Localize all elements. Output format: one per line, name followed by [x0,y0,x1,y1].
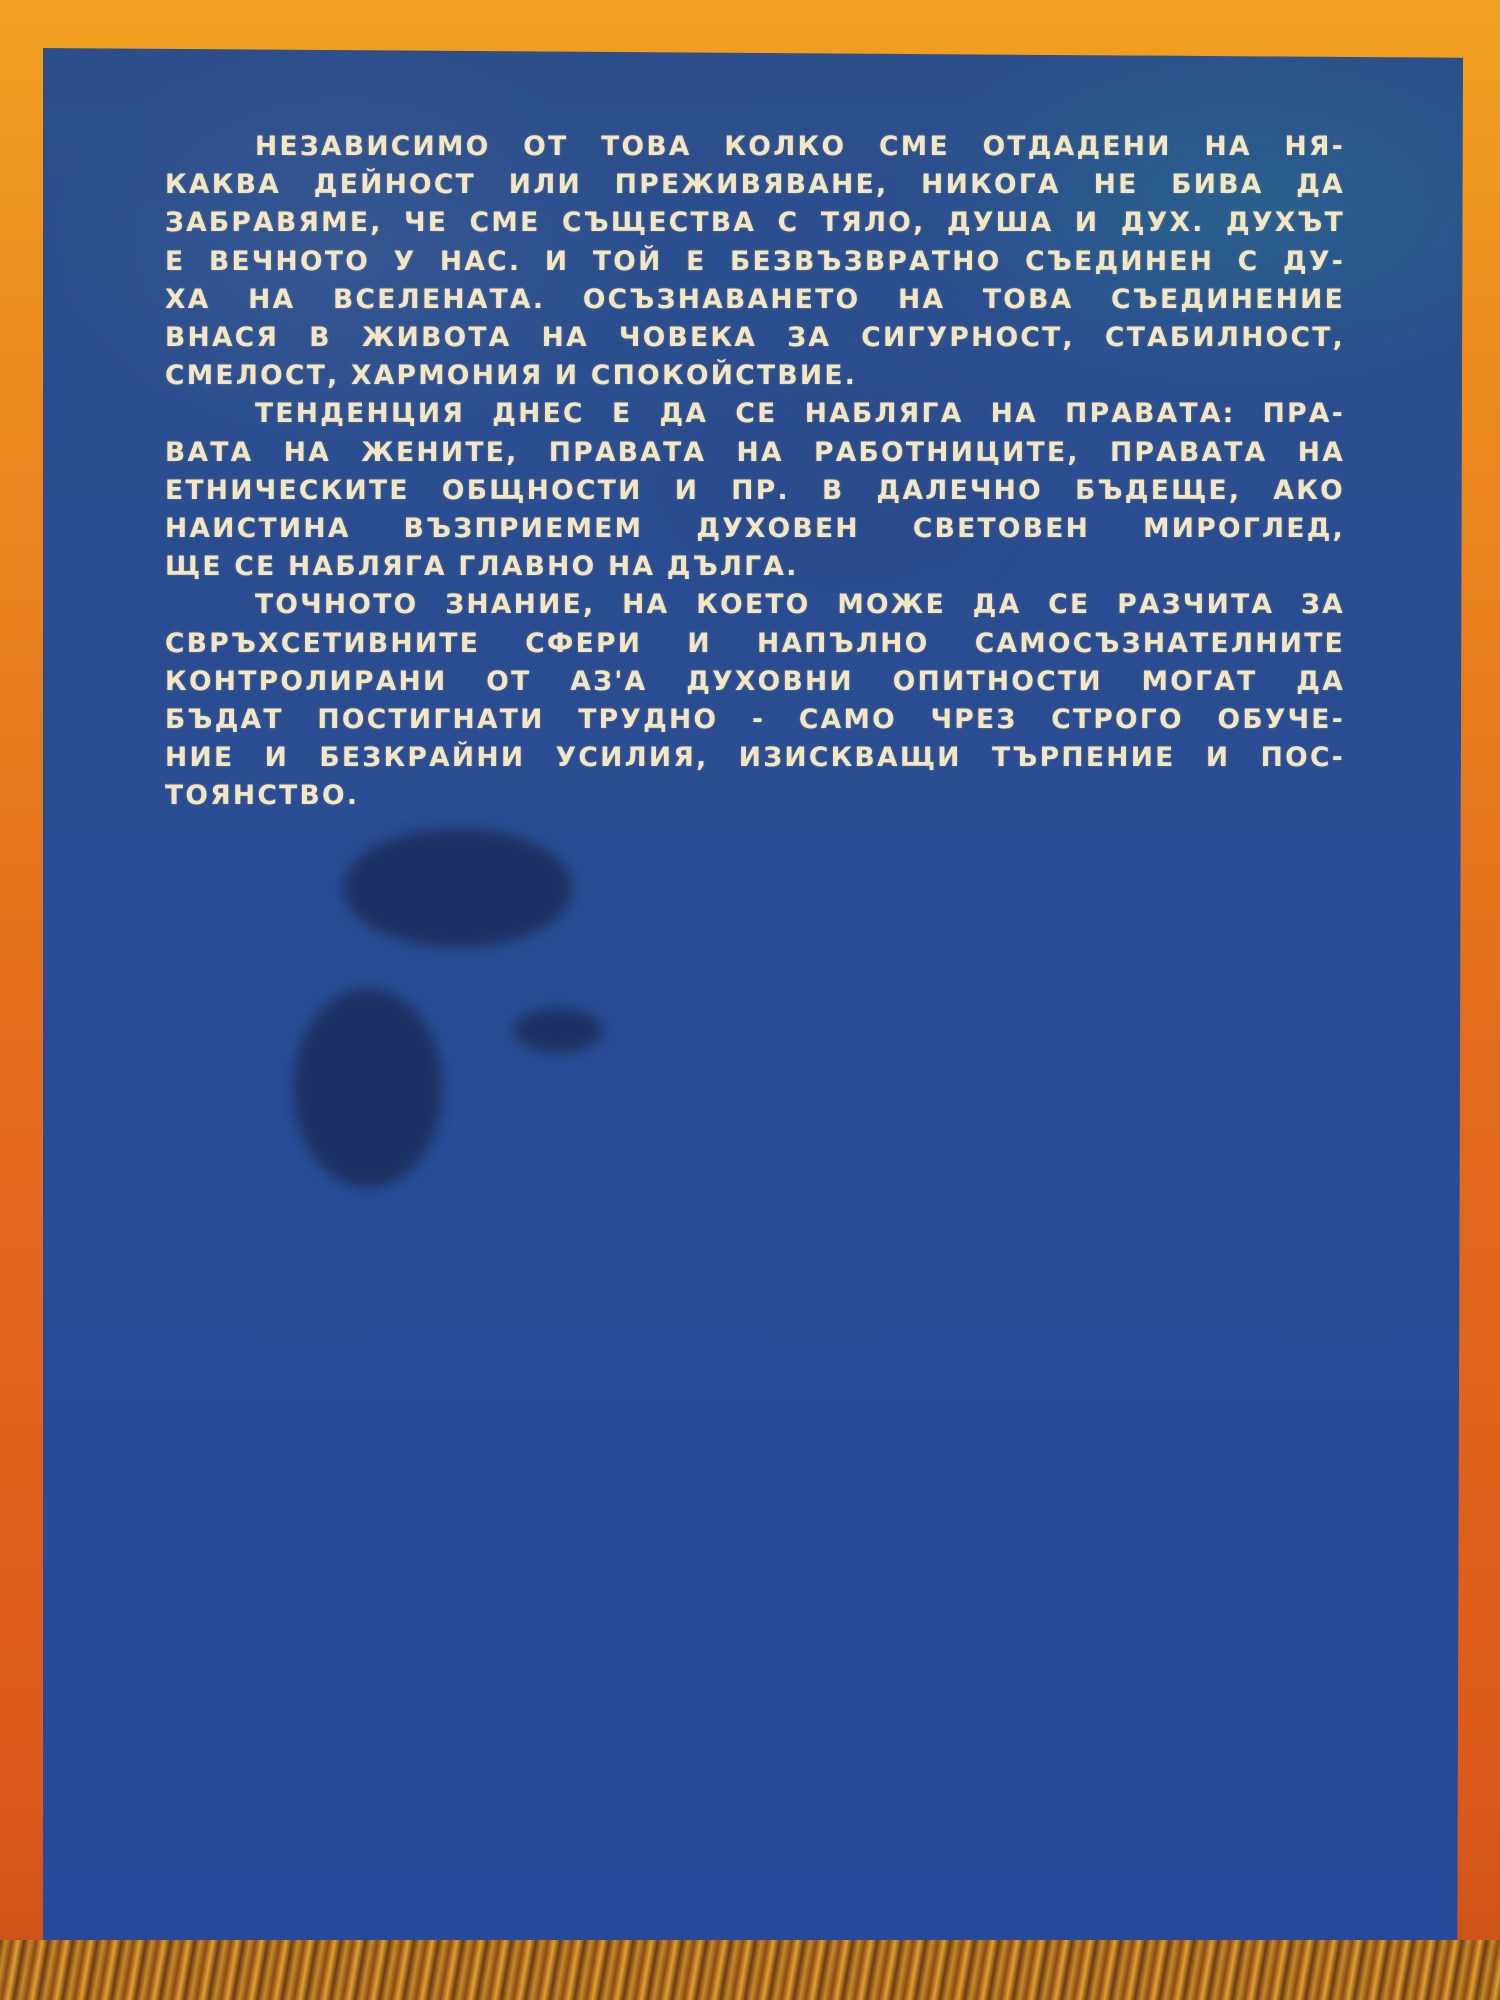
text-line: ЗАБРАВЯМЕ, ЧЕ СМЕ СЪЩЕСТВА С ТЯЛО, ДУША … [165,204,1345,242]
text-line: ВНАСЯ В ЖИВОТА НА ЧОВЕКА ЗА СИГУРНОСТ, С… [165,319,1345,357]
text-line: КОНТРОЛИРАНИ ОТ АЗ'А ДУХОВНИ ОПИТНОСТИ М… [165,663,1345,701]
text-line: СВРЪХСЕТИВНИТЕ СФЕРИ И НАПЪЛНО САМОСЪЗНА… [165,625,1345,663]
text-line: НАИСТИНА ВЪЗПРИЕМЕМ ДУХОВЕН СВЕТОВЕН МИР… [165,510,1345,548]
text-line: ВАТА НА ЖЕНИТЕ, ПРАВАТА НА РАБОТНИЦИТЕ, … [165,434,1345,472]
water-stain [513,1008,603,1053]
water-stain [343,828,573,948]
text-line: СМЕЛОСТ, ХАРМОНИЯ И СПОКОЙСТВИЕ. [165,357,1345,395]
water-stain [293,988,443,1188]
text-line: НИЕ И БЕЗКРАЙНИ УСИЛИЯ, ИЗИСКВАЩИ ТЪРПЕН… [165,739,1345,777]
text-line: НЕЗАВИСИМО ОТ ТОВА КОЛКО СМЕ ОТДАДЕНИ НА… [165,128,1345,166]
text-line: ТОЧНОТО ЗНАНИЕ, НА КОЕТО МОЖЕ ДА СЕ РАЗЧ… [165,586,1345,624]
text-line: ТОЯНСТВО. [165,777,1345,815]
text-line: Е ВЕЧНОТО У НАС. И ТОЙ Е БЕЗВЪЗВРАТНО СЪ… [165,243,1345,281]
wooden-surface [0,1940,1500,2000]
text-line: ТЕНДЕНЦИЯ ДНЕС Е ДА СЕ НАБЛЯГА НА ПРАВАТ… [165,395,1345,433]
cover-text-block: НЕЗАВИСИМО ОТ ТОВА КОЛКО СМЕ ОТДАДЕНИ НА… [165,128,1345,816]
cover-paragraph: НЕЗАВИСИМО ОТ ТОВА КОЛКО СМЕ ОТДАДЕНИ НА… [165,128,1345,395]
text-line: ХА НА ВСЕЛЕНАТА. ОСЪЗНАВАНЕТО НА ТОВА СЪ… [165,281,1345,319]
text-line: ЩЕ СЕ НАБЛЯГА ГЛАВНО НА ДЪЛГА. [165,548,1345,586]
cover-paragraph: ТОЧНОТО ЗНАНИЕ, НА КОЕТО МОЖЕ ДА СЕ РАЗЧ… [165,586,1345,815]
text-line: ЕТНИЧЕСКИТЕ ОБЩНОСТИ И ПР. В ДАЛЕЧНО БЪД… [165,472,1345,510]
text-line: КАКВА ДЕЙНОСТ ИЛИ ПРЕЖИВЯВАНЕ, НИКОГА НЕ… [165,166,1345,204]
text-line: БЪДАТ ПОСТИГНАТИ ТРУДНО - САМО ЧРЕЗ СТРО… [165,701,1345,739]
cover-paragraph: ТЕНДЕНЦИЯ ДНЕС Е ДА СЕ НАБЛЯГА НА ПРАВАТ… [165,395,1345,586]
